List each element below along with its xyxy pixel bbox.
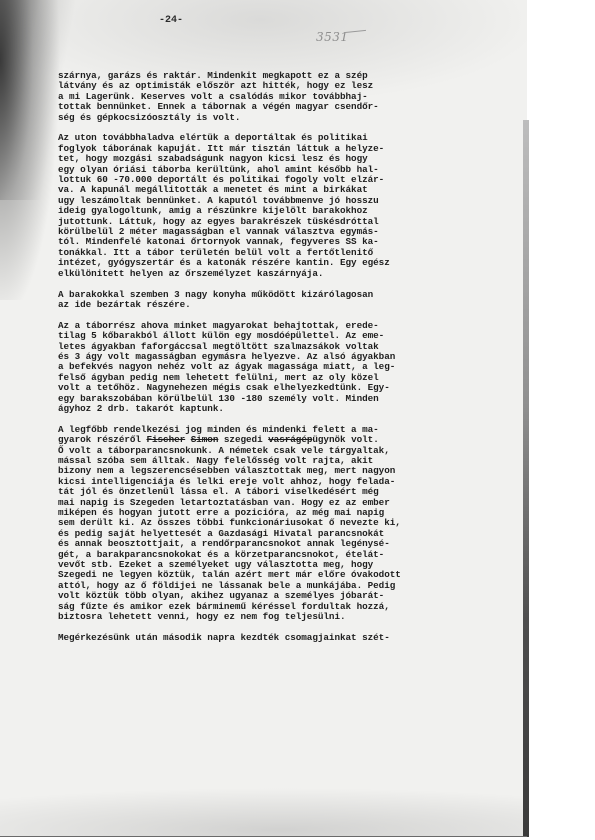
typewritten-body: szárnya, garázs és raktár. Mindenkit meg…	[58, 71, 528, 654]
text-line-with-strikethrough: gyarok részéről Fischer Simon szegedi va…	[58, 435, 528, 445]
text-line: tilag 5 kőbarakból állott külön egy mosd…	[58, 331, 528, 341]
text-line: elkülönitett helyen az őrszemélyzet kasz…	[58, 269, 528, 279]
paragraph: Az uton továbbhaladva elértük a deportál…	[58, 133, 528, 279]
text-line: volt a tetőhöz. Nagynehezen mégis csak e…	[58, 383, 528, 393]
text-line: az ide bezártak részére.	[58, 300, 528, 310]
paragraph: szárnya, garázs és raktár. Mindenkit meg…	[58, 71, 528, 123]
paragraph: Megérkezésünk után második napra kezdték…	[58, 633, 528, 643]
text-line: Megérkezésünk után második napra kezdték…	[58, 633, 528, 643]
text-line: ség és gépkocsizóosztály is volt.	[58, 113, 528, 123]
paragraph: A barakokkal szemben 3 nagy konyha működ…	[58, 290, 528, 311]
page-bottom-edge	[0, 836, 527, 837]
handwritten-archive-number: 3531	[316, 30, 349, 44]
paragraph: Az a táborrész ahova minket magyarokat b…	[58, 321, 528, 415]
text-line: ágyhoz 2 drb. takarót kaptunk.	[58, 404, 528, 414]
page-number: -24-	[159, 15, 183, 26]
paragraph: A legfőbb rendelkezési jog minden és min…	[58, 425, 528, 623]
text-line: biztosra lehetett venni, hogy ez nem fog…	[58, 612, 528, 622]
